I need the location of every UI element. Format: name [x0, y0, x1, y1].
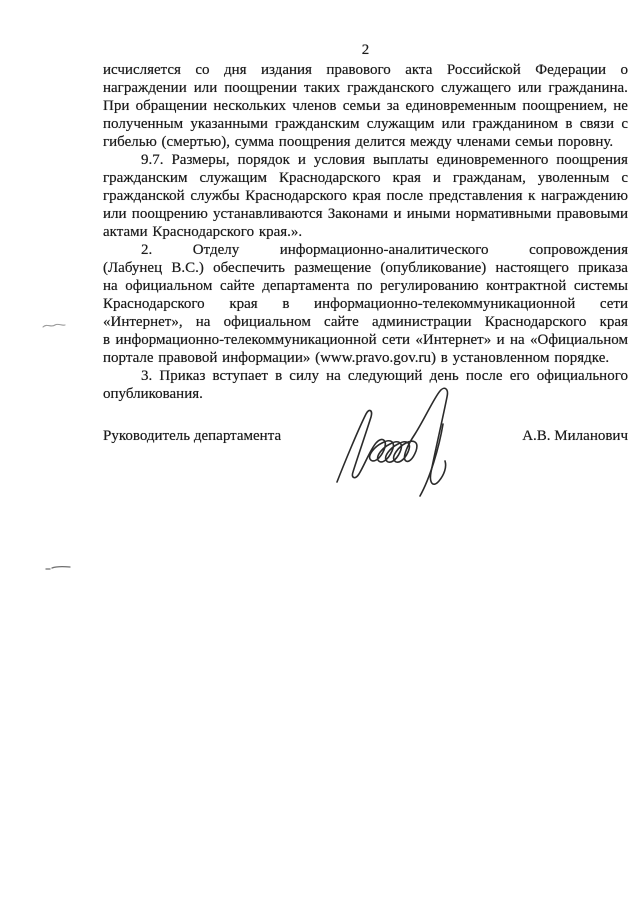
- word: гражданина.: [548, 79, 627, 97]
- word: связи: [580, 115, 614, 133]
- word: края: [353, 187, 381, 205]
- text-line: илипоощрениюустанавливаютсяЗаконамиииным…: [103, 205, 628, 223]
- word: «Официальном: [530, 331, 628, 349]
- word: условия: [314, 151, 365, 169]
- word: официального: [537, 367, 628, 385]
- word: единовременным: [406, 97, 517, 115]
- word: официальном: [125, 277, 212, 295]
- text-line: гибелью (смертью), сумма поощрения делит…: [103, 133, 628, 151]
- margin-mark-icon: [45, 563, 71, 573]
- word: или: [518, 79, 542, 97]
- text-line: «Интернет»,наофициальномсайтеадминистрац…: [103, 313, 628, 331]
- text-line: наофициальномсайтедепартаментапорегулиро…: [103, 277, 628, 295]
- word: и: [393, 205, 401, 223]
- signatory-name: А.В. Миланович: [522, 427, 628, 445]
- word: Краснодарского: [279, 169, 381, 187]
- word: Российской: [447, 61, 521, 79]
- word: вступает: [213, 367, 268, 385]
- word: гражданского: [347, 79, 434, 97]
- word: правовыми: [557, 205, 628, 223]
- text-line: Приобращениинесколькихчленовсемьизаедино…: [103, 97, 628, 115]
- text-line: 9.7.Размеры,порядокиусловиявыплатыединов…: [103, 151, 628, 169]
- margin-mark-icon: [42, 320, 66, 332]
- word: в: [103, 331, 110, 349]
- document-body: исчисляетсясодняизданияправовогоактаРосс…: [103, 61, 628, 403]
- word: и: [298, 151, 306, 169]
- word: иными: [407, 205, 451, 223]
- word: сопровождения: [529, 241, 628, 259]
- word: или: [103, 205, 127, 223]
- word: сайте: [324, 313, 359, 331]
- text-line: гражданскойслужбыКраснодарскогокраяпосле…: [103, 187, 628, 205]
- word: сети: [600, 295, 628, 313]
- word: «Интернет»: [415, 331, 491, 349]
- word: 2.: [141, 241, 152, 259]
- word: порядок: [238, 151, 290, 169]
- word: Краснодарского: [245, 187, 347, 205]
- word: края: [600, 313, 628, 331]
- signature-scribble-icon: [332, 386, 482, 498]
- word: уволенным: [538, 169, 610, 187]
- word: размещение: [294, 259, 371, 277]
- word: сети: [382, 331, 410, 349]
- word: на: [196, 313, 211, 331]
- word: В.С.): [171, 259, 204, 277]
- word: нескольких: [213, 97, 286, 115]
- word: гражданином: [472, 115, 558, 133]
- word: (Лабунец: [103, 259, 162, 277]
- word: системы: [574, 277, 628, 295]
- word: со: [195, 61, 209, 79]
- word: с: [621, 169, 628, 187]
- word: информационно-аналитического: [280, 241, 489, 259]
- word: При: [103, 97, 129, 115]
- word: после: [466, 367, 503, 385]
- word: с: [621, 115, 628, 133]
- text-line: 3.Приказвступаетвсилунаследующийденьпосл…: [103, 367, 628, 385]
- word: Законами: [328, 205, 388, 223]
- word: на: [103, 277, 118, 295]
- word: поощрению: [132, 205, 208, 223]
- text-line: 2.Отделуинформационно-аналитическогосопр…: [103, 241, 628, 259]
- text-line: актами Краснодарского края.».: [103, 223, 628, 241]
- word: о: [621, 61, 629, 79]
- word: награждению: [541, 187, 628, 205]
- word: или: [442, 115, 466, 133]
- word: к: [528, 187, 535, 205]
- text-line: гражданскимслужащимКраснодарскогокраяигр…: [103, 169, 628, 187]
- signatory-title: Руководитель департамента: [103, 427, 281, 445]
- word: Размеры,: [171, 151, 229, 169]
- word: гражданам,: [453, 169, 526, 187]
- word: служащего: [441, 79, 511, 97]
- word: исчисляется: [103, 61, 181, 79]
- text-line: Краснодарскогокраявинформационно-телеком…: [103, 295, 628, 313]
- text-line: полученнымуказаннымигражданскимслужащими…: [103, 115, 628, 133]
- document-page: 2 исчисляетсясодняизданияправовогоактаРо…: [0, 0, 640, 904]
- word: семьи: [343, 97, 381, 115]
- word: единовременного: [436, 151, 548, 169]
- word: выплаты: [373, 151, 429, 169]
- word: Краснодарского: [103, 295, 205, 313]
- word: представления: [429, 187, 523, 205]
- word: не: [613, 97, 628, 115]
- word: настоящего: [496, 259, 569, 277]
- word: контрактной: [486, 277, 566, 295]
- word: администрации: [372, 313, 472, 331]
- paragraph: исчисляетсясодняизданияправовогоактаРосс…: [103, 61, 628, 151]
- word: устанавливаются: [213, 205, 322, 223]
- word: его: [510, 367, 530, 385]
- text-line: (ЛабунецВ.С.)обеспечитьразмещение(опубли…: [103, 259, 628, 277]
- word: официальном: [224, 313, 311, 331]
- word: «Интернет»,: [103, 313, 183, 331]
- word: гражданским: [103, 169, 187, 187]
- word: сайте: [220, 277, 255, 295]
- page-number: 2: [103, 41, 628, 59]
- word: службы: [190, 187, 239, 205]
- word: таких: [304, 79, 340, 97]
- word: обеспечить: [213, 259, 285, 277]
- text-line: награжденииилипоощрениитакихгражданского…: [103, 79, 628, 97]
- word: полученным: [103, 115, 183, 133]
- word: после: [387, 187, 424, 205]
- word: в: [565, 115, 572, 133]
- word: силу: [289, 367, 319, 385]
- word: гражданской: [103, 187, 185, 205]
- word: и: [433, 169, 441, 187]
- word: на: [326, 367, 341, 385]
- word: день: [430, 367, 459, 385]
- word: за: [387, 97, 400, 115]
- word: регулированию: [380, 277, 478, 295]
- word: поощрения: [556, 151, 628, 169]
- word: информационно-телекоммуникационной: [115, 331, 376, 349]
- word: дня: [224, 61, 247, 79]
- word: (опубликование): [380, 259, 486, 277]
- word: членов: [292, 97, 336, 115]
- word: департамента: [262, 277, 349, 295]
- word: правового: [326, 61, 390, 79]
- word: на: [510, 331, 525, 349]
- word: награждении: [103, 79, 187, 97]
- text-line: исчисляетсясодняизданияправовогоактаРосс…: [103, 61, 628, 79]
- word: края: [229, 295, 257, 313]
- word: гражданским: [275, 115, 359, 133]
- word: Федерации: [535, 61, 606, 79]
- word: нормативными: [456, 205, 552, 223]
- word: обращении: [136, 97, 208, 115]
- word: служащим: [199, 169, 267, 187]
- word: следующий: [348, 367, 423, 385]
- word: и: [497, 331, 505, 349]
- word: края: [393, 169, 421, 187]
- word: акта: [405, 61, 432, 79]
- paragraph: 2.Отделуинформационно-аналитическогосопр…: [103, 241, 628, 367]
- word: поощрении: [224, 79, 297, 97]
- word: 3.: [141, 367, 152, 385]
- word: издания: [261, 61, 312, 79]
- word: служащим: [367, 115, 435, 133]
- word: приказа: [578, 259, 628, 277]
- paragraph: 9.7.Размеры,порядокиусловиявыплатыединов…: [103, 151, 628, 241]
- word: по: [357, 277, 373, 295]
- text-line: портале правовой информации» (www.pravo.…: [103, 349, 628, 367]
- word: указанными: [190, 115, 267, 133]
- word: поощрением,: [522, 97, 607, 115]
- word: в: [275, 367, 282, 385]
- word: Отделу: [193, 241, 239, 259]
- word: информационно-телекоммуникационной: [314, 295, 575, 313]
- text-line: винформационно-телекоммуникационнойсети«…: [103, 331, 628, 349]
- word: в: [282, 295, 289, 313]
- word: Приказ: [159, 367, 205, 385]
- word: 9.7.: [141, 151, 164, 169]
- word: Краснодарского: [485, 313, 587, 331]
- word: или: [194, 79, 218, 97]
